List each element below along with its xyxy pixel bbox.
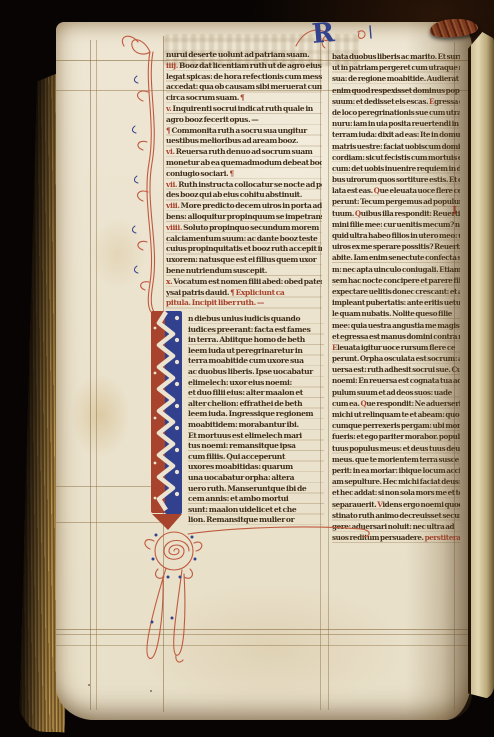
facing-page-edge — [468, 32, 494, 700]
margin-flourish — [122, 36, 154, 312]
blue-accents — [132, 76, 138, 273]
penwork-and-initial — [106, 28, 396, 688]
speck — [88, 684, 90, 686]
ruling-line — [90, 40, 91, 710]
header-swash — [292, 18, 384, 58]
running-title-letter: R — [311, 17, 336, 50]
ruling-line — [96, 40, 97, 710]
spiral-medallion — [145, 527, 369, 662]
text-segment: perstiterat. — [425, 533, 460, 542]
manuscript-photo: { "meta": { "subject": "medieval parchme… — [0, 0, 494, 737]
text-segment: gressa est itaque — [434, 97, 460, 106]
binding-headband — [429, 17, 478, 39]
parchment-page: nurui deserte uolunt ad patriam suam.iii… — [56, 22, 472, 720]
marginal-chapter-mark: I — [452, 204, 457, 217]
illuminated-initial-I — [151, 311, 182, 530]
speck — [150, 690, 152, 692]
